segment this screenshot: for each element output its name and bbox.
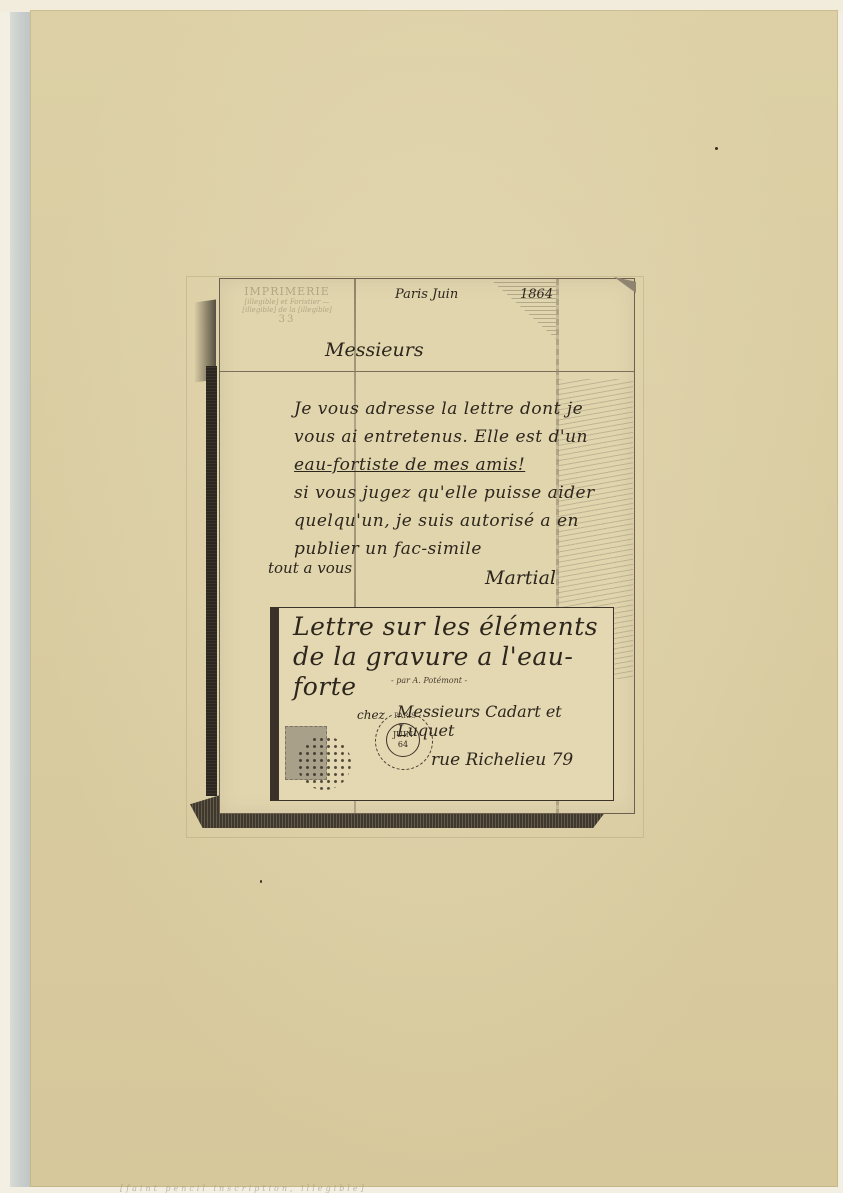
letter-body-line: quelqu'un, je suis autorisé a en <box>294 507 634 535</box>
postmark-year: 64 <box>387 740 419 750</box>
etching-plate: IMPRIMERIE [illegible] et Foristier — [i… <box>186 276 644 838</box>
letter-body-line: Je vous adresse la lettre dont je <box>294 395 634 423</box>
letter-year: 1864 <box>520 287 553 302</box>
letterhead-stamp: IMPRIMERIE [illegible] et Foristier — [i… <box>232 285 342 325</box>
envelope-author: - par A. Potémont - <box>391 676 467 685</box>
envelope-chez: chez <box>357 708 385 722</box>
fold-line <box>220 371 634 372</box>
envelope: Lettre sur les éléments de la gravure a … <box>278 607 614 801</box>
letterhead-line-4: 33 <box>232 314 342 325</box>
bottom-pencil-inscription: [faint pencil inscription, illegible] <box>120 1184 367 1193</box>
letter-date: Paris Juin <box>395 287 458 302</box>
letter-closing: tout a vous <box>268 559 352 577</box>
letter-body-line: eau-fortiste de mes amis! <box>294 451 634 479</box>
envelope-street: rue Richelieu 79 <box>431 750 573 770</box>
folded-letter: IMPRIMERIE [illegible] et Foristier — [i… <box>219 278 635 814</box>
mount-strip <box>10 12 30 1187</box>
letterhead-line-2: [illegible] et Foristier — <box>232 298 342 306</box>
envelope-title: Lettre sur les éléments de la gravure a … <box>293 612 613 702</box>
paper-speck <box>715 147 718 150</box>
letter-body: Je vous adresse la lettre dont je vous a… <box>294 395 634 563</box>
letterhead-line-1: IMPRIMERIE <box>232 285 342 298</box>
cancellation-dots-icon <box>297 736 351 790</box>
paper-speck <box>260 880 262 883</box>
envelope-title-line: de la gravure a l'eau-forte <box>293 642 613 702</box>
cast-shadow-spine <box>206 366 217 796</box>
envelope-addressee: Messieurs Cadart et Luquet <box>397 702 613 740</box>
letterhead-line-3: [illegible] de la [illegible] <box>232 306 342 314</box>
envelope-title-line: Lettre sur les éléments <box>293 612 613 642</box>
letter-salutation: Messieurs <box>325 339 424 361</box>
dog-ear-corner <box>614 277 636 293</box>
letter-signature: Martial <box>485 567 556 589</box>
letter-body-line: si vous jugez qu'elle puisse aider <box>294 479 634 507</box>
letter-body-line: vous ai entretenus. Elle est d'un <box>294 423 634 451</box>
